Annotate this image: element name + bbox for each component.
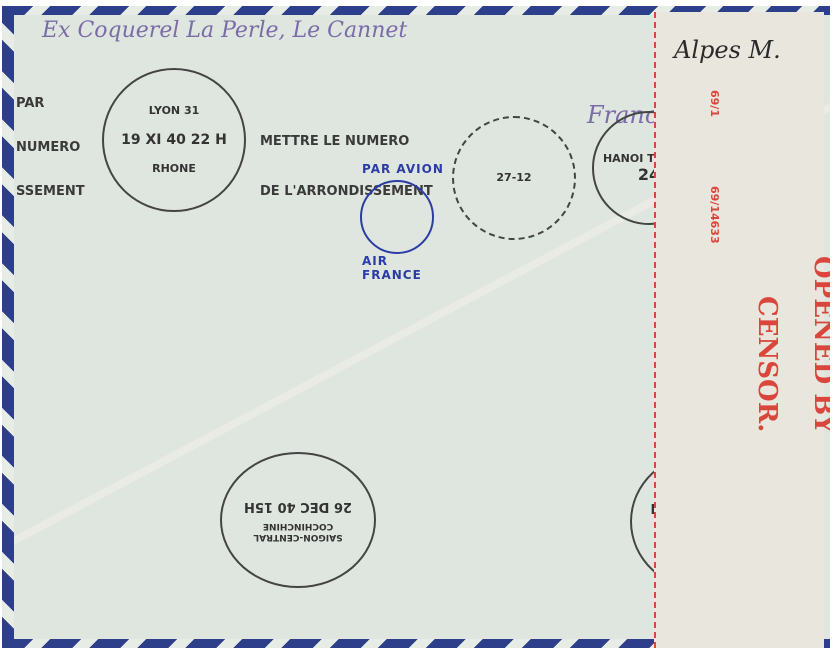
- air-france-top-text: PAR AVION: [362, 162, 444, 176]
- slogan-left-1: PAR: [16, 96, 44, 111]
- slogan-left-2: NUMERO: [16, 140, 80, 155]
- slogan-left-3: SSEMENT: [16, 184, 85, 199]
- envelope-back: Ex Coquerel La Perle, Le Cannet France P…: [2, 6, 830, 648]
- tape-handwriting: Alpes M.: [674, 36, 781, 64]
- sender-handwriting: Ex Coquerel La Perle, Le Cannet: [42, 18, 407, 43]
- postmark-lyon-date: 19 XI 40 22 H: [121, 132, 227, 149]
- censor-label-line2: CENSOR.: [752, 296, 782, 432]
- postmark-saigon-1-ring: SAIGON-CENTRAL COCHINCHINE: [222, 520, 374, 542]
- postmark-saigon-1: SAIGON-CENTRAL COCHINCHINE 26 DEC 40 15H: [220, 452, 376, 588]
- censor-number-2: 69/14633: [708, 186, 721, 244]
- air-france-seahorse-icon: [360, 180, 434, 254]
- postmark-lyon-bottom: RHONE: [152, 162, 196, 175]
- slogan-right-1: METTRE LE NUMERO: [260, 134, 409, 149]
- censor-label-line1: OPENED BY: [808, 256, 830, 433]
- airmail-border-left: [2, 6, 14, 648]
- postmark-saigon-1-date: 26 DEC 40 15H: [244, 498, 352, 514]
- air-france-mark: PAR AVION AIR FRANCE: [342, 162, 452, 272]
- postmark-transit: 27-12: [452, 116, 576, 240]
- censor-tape: [654, 12, 824, 648]
- air-france-bottom-text: AIR FRANCE: [362, 254, 452, 282]
- censor-number-1: 69/1: [708, 90, 721, 117]
- postmark-lyon: LYON 31 19 XI 40 22 H RHONE: [102, 68, 246, 212]
- postmark-lyon-top: LYON 31: [149, 104, 200, 117]
